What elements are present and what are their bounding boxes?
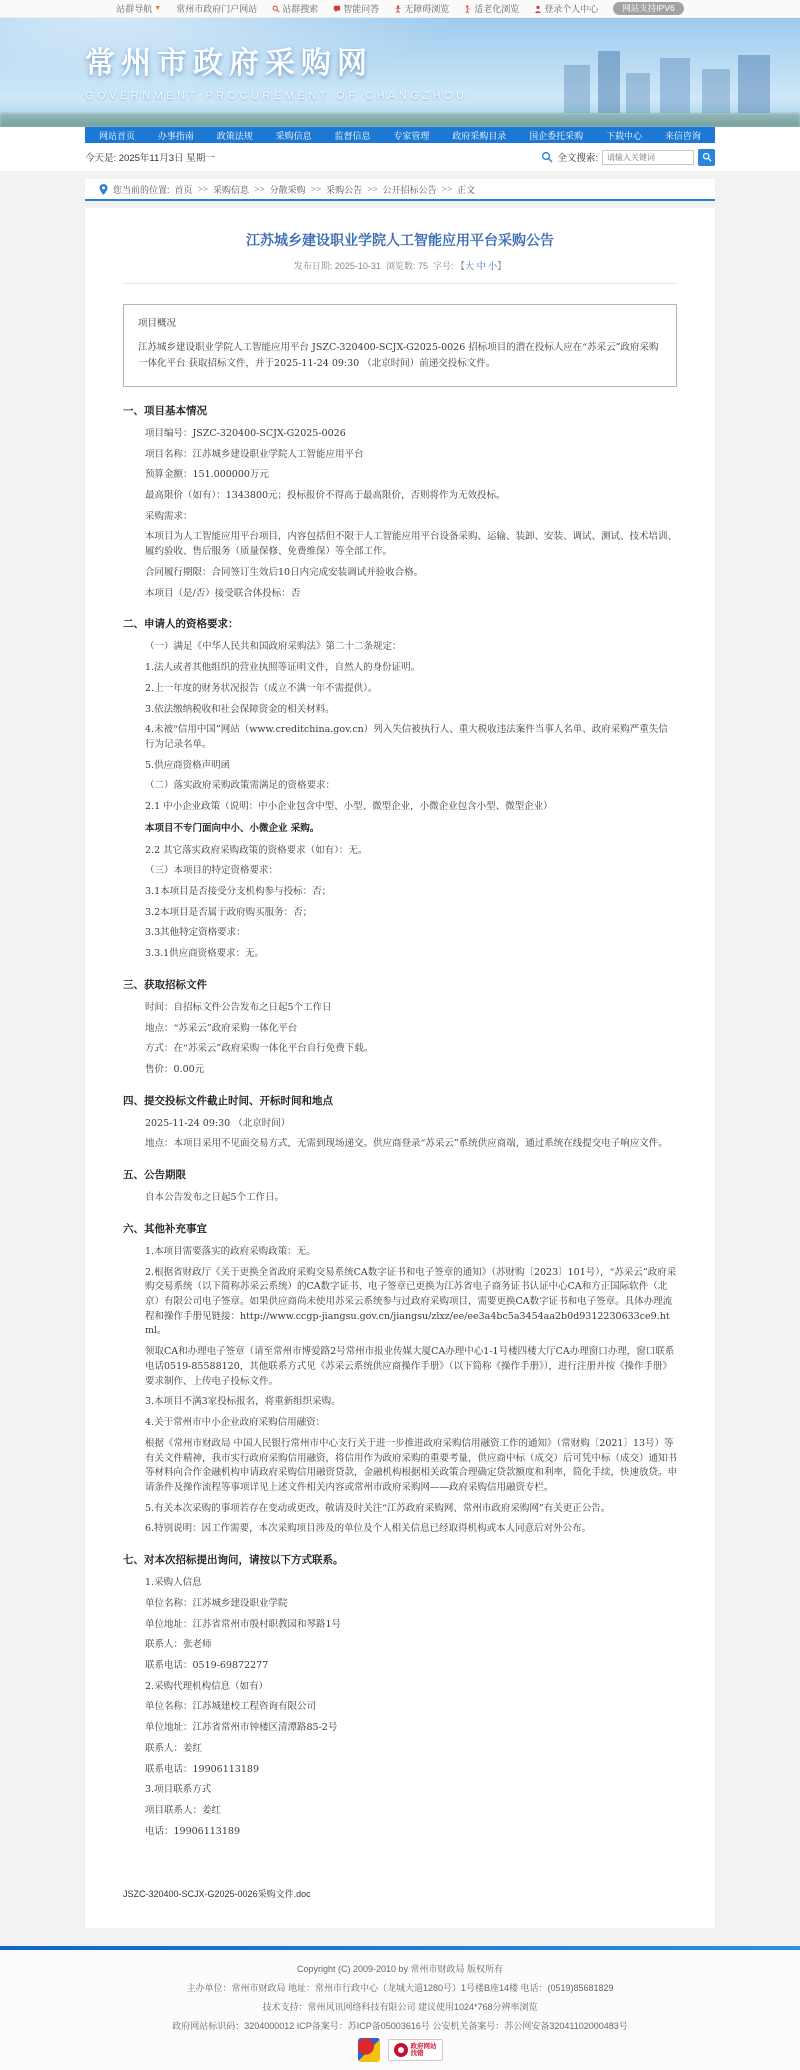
nav-item-soe-entrusted[interactable]: 国企委托采购	[529, 129, 583, 142]
article-paragraph: 合同履行期限：合同签订生效后10日内完成安装调试并验收合格。	[123, 566, 677, 581]
fontsize-medium-button[interactable]: 中	[477, 261, 486, 271]
article-card: 江苏城乡建设职业学院人工智能应用平台采购公告 发布日期: 2025-10-31 …	[85, 208, 715, 1928]
nav-item-catalog[interactable]: 政府采购目录	[452, 129, 506, 142]
fulltext-search-icon	[541, 151, 553, 163]
article-paragraph: 3.1本项目是否接受分支机构参与投标：否；	[123, 885, 677, 900]
nav-item-inquiry[interactable]: 来信咨询	[665, 129, 701, 142]
publish-date: 2025-10-31	[335, 261, 381, 271]
section-heading: 七、对本次招标提出询问，请按以下方式联系。	[123, 1552, 677, 1567]
breadcrumb-current: 正文	[457, 183, 475, 196]
breadcrumb: 您当前的位置: 首页 >> 采购信息 >> 分散采购 >> 采购公告 >> 公开…	[85, 179, 715, 201]
article-paragraph: 1.本项目需要落实的政府采购政策：无。	[123, 1245, 677, 1260]
site-group-nav[interactable]: 站群导航 ▼	[116, 2, 161, 15]
attachment-link[interactable]: JSZC-320400-SCJX-G2025-0026采购文件.doc	[123, 1887, 311, 1900]
footer-organizer: 主办单位：常州市财政局 地址：常州市行政中心（龙城大道1280号）1号楼B座14…	[0, 1981, 800, 1994]
search-icon	[272, 5, 280, 13]
article-paragraph: 预算金额：151.000000万元	[123, 468, 677, 483]
overview-heading: 项目概况	[138, 316, 662, 333]
article-paragraph: （二）落实政府采购政策需满足的资格要求：	[123, 779, 677, 794]
nav-item-supervision[interactable]: 监督信息	[335, 129, 371, 142]
section-heading: 五、公告期限	[123, 1167, 677, 1182]
location-pin-icon	[99, 184, 108, 195]
fontsize-large-button[interactable]: 大	[465, 261, 474, 271]
nav-item-experts[interactable]: 专家管理	[393, 129, 429, 142]
article-paragraph: 领取CA和办理电子签章（请至常州市博爱路2号常州市报业传媒大厦CA办理中心1-1…	[123, 1345, 677, 1389]
login-personal-center[interactable]: 登录个人中心	[534, 2, 598, 15]
utility-bar: 站群导航 ▼ 常州市政府门户网站 站群搜索 智能问答 无障碍浏览 适老化浏览 登…	[0, 0, 800, 18]
breadcrumb-procurement-info[interactable]: 采购信息	[213, 183, 249, 196]
article-paragraph: 5.有关本次采购的事项若存在变动或更改，敬请及时关注“江苏政府采购网、常州市政府…	[123, 1502, 677, 1517]
article-paragraph: 联系人：张老师	[123, 1638, 677, 1653]
search-input[interactable]	[602, 150, 694, 165]
page-title: 江苏城乡建设职业学院人工智能应用平台采购公告	[123, 230, 677, 250]
article-paragraph: 4.未被“信用中国”网站（www.creditchina.gov.cn）列入失信…	[123, 723, 677, 752]
site-banner: 常州市政府采购网 GOVERNMENT PROCUREMENT OF CHANG…	[0, 18, 800, 127]
article-paragraph: 2.采购代理机构信息（如有）	[123, 1680, 677, 1695]
section-heading: 四、提交投标文件截止时间、开标时间和地点	[123, 1093, 677, 1108]
gov-site-error-report-badge[interactable]: 政府网站 找错	[388, 2039, 443, 2061]
article-paragraph: 最高限价（如有）：1343800元；投标报价不得高于最高限价，否则将作为无效投标…	[123, 489, 677, 504]
chevron-down-icon: ▼	[154, 5, 161, 12]
error-report-logo-icon	[394, 2043, 408, 2057]
footer-registration: 政府网站标识码：3204000012 ICP备案号：苏ICP备05003616号…	[0, 2019, 800, 2032]
breadcrumb-decentralized[interactable]: 分散采购	[270, 183, 306, 196]
nav-item-procurement-info[interactable]: 采购信息	[276, 129, 312, 142]
today-date: 今天是: 2025年11月3日 星期一	[85, 150, 215, 164]
article-paragraph: 2025-11-24 09:30 （北京时间）	[123, 1117, 677, 1132]
article-paragraph: 方式：在“苏采云”政府采购一体化平台自行免费下载。	[123, 1042, 677, 1057]
site-group-nav-label: 站群导航	[116, 2, 152, 15]
article-paragraph: 本项目（是/否）接受联合体投标：否	[123, 587, 677, 602]
smart-qa-link[interactable]: 智能问答	[333, 2, 379, 15]
article-paragraph: 时间：自招标文件公告发布之日起5个工作日	[123, 1001, 677, 1016]
article-paragraph: 电话：19906113189	[123, 1825, 677, 1840]
breadcrumb-open-tender[interactable]: 公开招标公告	[383, 183, 437, 196]
accessibility-icon	[394, 5, 402, 13]
banner-treeline-decoration	[0, 113, 800, 127]
title-divider	[123, 283, 677, 284]
article-paragraph: 单位地址：江苏省常州市钟楼区清潭路85-2号	[123, 1721, 677, 1736]
nav-item-home[interactable]: 网站首页	[99, 129, 135, 142]
site-search-link[interactable]: 站群搜索	[272, 2, 318, 15]
article-paragraph: 联系人：姜红	[123, 1742, 677, 1757]
breadcrumb-home[interactable]: 首页	[175, 183, 193, 196]
article-paragraph: 1.法人或者其他组织的营业执照等证明文件，自然人的身份证明。	[123, 661, 677, 676]
footer-tech-support: 技术支持：常州风讯网络科技有限公司 建议使用1024*768分辨率浏览	[0, 2000, 800, 2013]
user-icon	[534, 5, 542, 13]
article-paragraph: 地点：本项目采用不见面交易方式，无需到现场递交。供应商登录“苏采云”系统供应商端…	[123, 1137, 677, 1152]
ipv6-badge: 网站支持IPV6	[613, 2, 683, 15]
main-navigation: 网站首页 办事指南 政策法规 采购信息 监督信息 专家管理 政府采购目录 国企委…	[85, 127, 715, 143]
article-paragraph: 2.根据省财政厅《关于更换全省政府采购交易系统CA数字证书和电子签章的通知》（苏…	[123, 1266, 677, 1340]
view-count: 75	[418, 261, 428, 271]
gov-site-seal-badge[interactable]	[358, 2038, 380, 2062]
breadcrumb-announcements[interactable]: 采购公告	[326, 183, 362, 196]
date-search-bar: 今天是: 2025年11月3日 星期一 全文搜索:	[85, 143, 715, 171]
article-paragraph: 2.上一年度的财务状况报告（成立不满一年不需提供）。	[123, 682, 677, 697]
nav-item-policy[interactable]: 政策法规	[217, 129, 253, 142]
page-footer: Copyright (C) 2009-2010 by 常州市财政局 版权所有 主…	[0, 1950, 800, 2070]
article-meta: 发布日期: 2025-10-31 浏览数: 75 字号: 【大 中 小】	[123, 259, 677, 272]
search-button[interactable]	[698, 149, 715, 166]
article-paragraph: 项目名称：江苏城乡建设职业学院人工智能应用平台	[123, 448, 677, 463]
article-body: 一、项目基本情况项目编号：JSZC-320400-SCJX-G2025-0026…	[123, 403, 677, 1840]
article-paragraph: 本项目为人工智能应用平台项目，内容包括但不限于人工智能应用平台设备采购、运输、装…	[123, 530, 677, 559]
article-paragraph: 地点：“苏采云”政府采购一体化平台	[123, 1022, 677, 1037]
section-heading: 三、获取招标文件	[123, 977, 677, 992]
article-paragraph: 3.本项目不满3家投标报名，将重新组织采购。	[123, 1395, 677, 1410]
article-paragraph: 1.采购人信息	[123, 1576, 677, 1591]
article-paragraph: 项目编号：JSZC-320400-SCJX-G2025-0026	[123, 427, 677, 442]
breadcrumb-prefix: 您当前的位置:	[113, 183, 170, 196]
elder-mode-link[interactable]: 适老化浏览	[464, 2, 519, 15]
search-icon	[702, 152, 712, 162]
site-title: 常州市政府采购网	[85, 38, 715, 82]
article-paragraph: 3.项目联系方式	[123, 1783, 677, 1798]
portal-link[interactable]: 常州市政府门户网站	[176, 2, 257, 15]
question-bubble-icon	[333, 5, 341, 13]
article-paragraph: 售价：0.00元	[123, 1063, 677, 1078]
article-paragraph: 单位名称：江苏城建校工程咨询有限公司	[123, 1700, 677, 1715]
article-paragraph: 3.3其他特定资格要求：	[123, 926, 677, 941]
article-paragraph: 联系电话：19906113189	[123, 1763, 677, 1778]
article-paragraph: 2.1 中小企业政策（说明：中小企业包含中型、小型、微型企业，小微企业包含小型、…	[123, 800, 677, 815]
article-paragraph: 采购需求：	[123, 510, 677, 525]
accessibility-link[interactable]: 无障碍浏览	[394, 2, 449, 15]
article-paragraph: 2.2 其它落实政府采购政策的资格要求（如有）：无。	[123, 844, 677, 859]
section-heading: 六、其他补充事宜	[123, 1221, 677, 1236]
footer-copyright: Copyright (C) 2009-2010 by 常州市财政局 版权所有	[0, 1962, 800, 1975]
article-paragraph: 3.2本项目是否属于政府购买服务：否；	[123, 906, 677, 921]
nav-item-guide[interactable]: 办事指南	[158, 129, 194, 142]
article-paragraph: 5.供应商资格声明函	[123, 759, 677, 774]
section-heading: 一、项目基本情况	[123, 403, 677, 418]
article-paragraph: 项目联系人：姜红	[123, 1804, 677, 1819]
article-paragraph: （三）本项目的特定资格要求：	[123, 864, 677, 879]
article-paragraph: 本项目不专门面向中小、小微企业 采购。	[123, 822, 677, 837]
article-paragraph: 4.关于常州市中小企业政府采购信用融资：	[123, 1416, 677, 1431]
project-overview-box: 项目概况 江苏城乡建设职业学院人工智能应用平台 JSZC-320400-SCJX…	[123, 304, 677, 387]
article-paragraph: 单位地址：江苏省常州市殷村职教园和琴路1号	[123, 1618, 677, 1633]
fulltext-search-label: 全文搜索:	[557, 150, 598, 164]
article-paragraph: 6.特别说明：因工作需要，本次采购项目涉及的单位及个人相关信息已经取得机构或本人…	[123, 1522, 677, 1537]
article-paragraph: 自本公告发布之日起5个工作日。	[123, 1191, 677, 1206]
article-paragraph: （一）满足《中华人民共和国政府采购法》第二十二条规定：	[123, 640, 677, 655]
nav-item-downloads[interactable]: 下载中心	[606, 129, 642, 142]
article-paragraph: 根据《常州市财政局 中国人民银行常州市中心支行关于进一步推进政府采购信用融资工作…	[123, 1437, 677, 1496]
article-paragraph: 单位名称：江苏城乡建设职业学院	[123, 1597, 677, 1612]
article-paragraph: 3.3.1供应商资格要求：无。	[123, 947, 677, 962]
overview-body: 江苏城乡建设职业学院人工智能应用平台 JSZC-320400-SCJX-G202…	[138, 340, 662, 373]
fontsize-small-button[interactable]: 小	[488, 261, 497, 271]
elder-person-icon	[464, 5, 472, 13]
site-subtitle: GOVERNMENT PROCUREMENT OF CHANGZHOU	[85, 90, 715, 102]
article-paragraph: 3.依法缴纳税收和社会保障资金的相关材料。	[123, 703, 677, 718]
article-paragraph: 联系电话：0519-69872277	[123, 1659, 677, 1674]
section-heading: 二、申请人的资格要求：	[123, 616, 677, 631]
banner-building	[738, 55, 770, 113]
